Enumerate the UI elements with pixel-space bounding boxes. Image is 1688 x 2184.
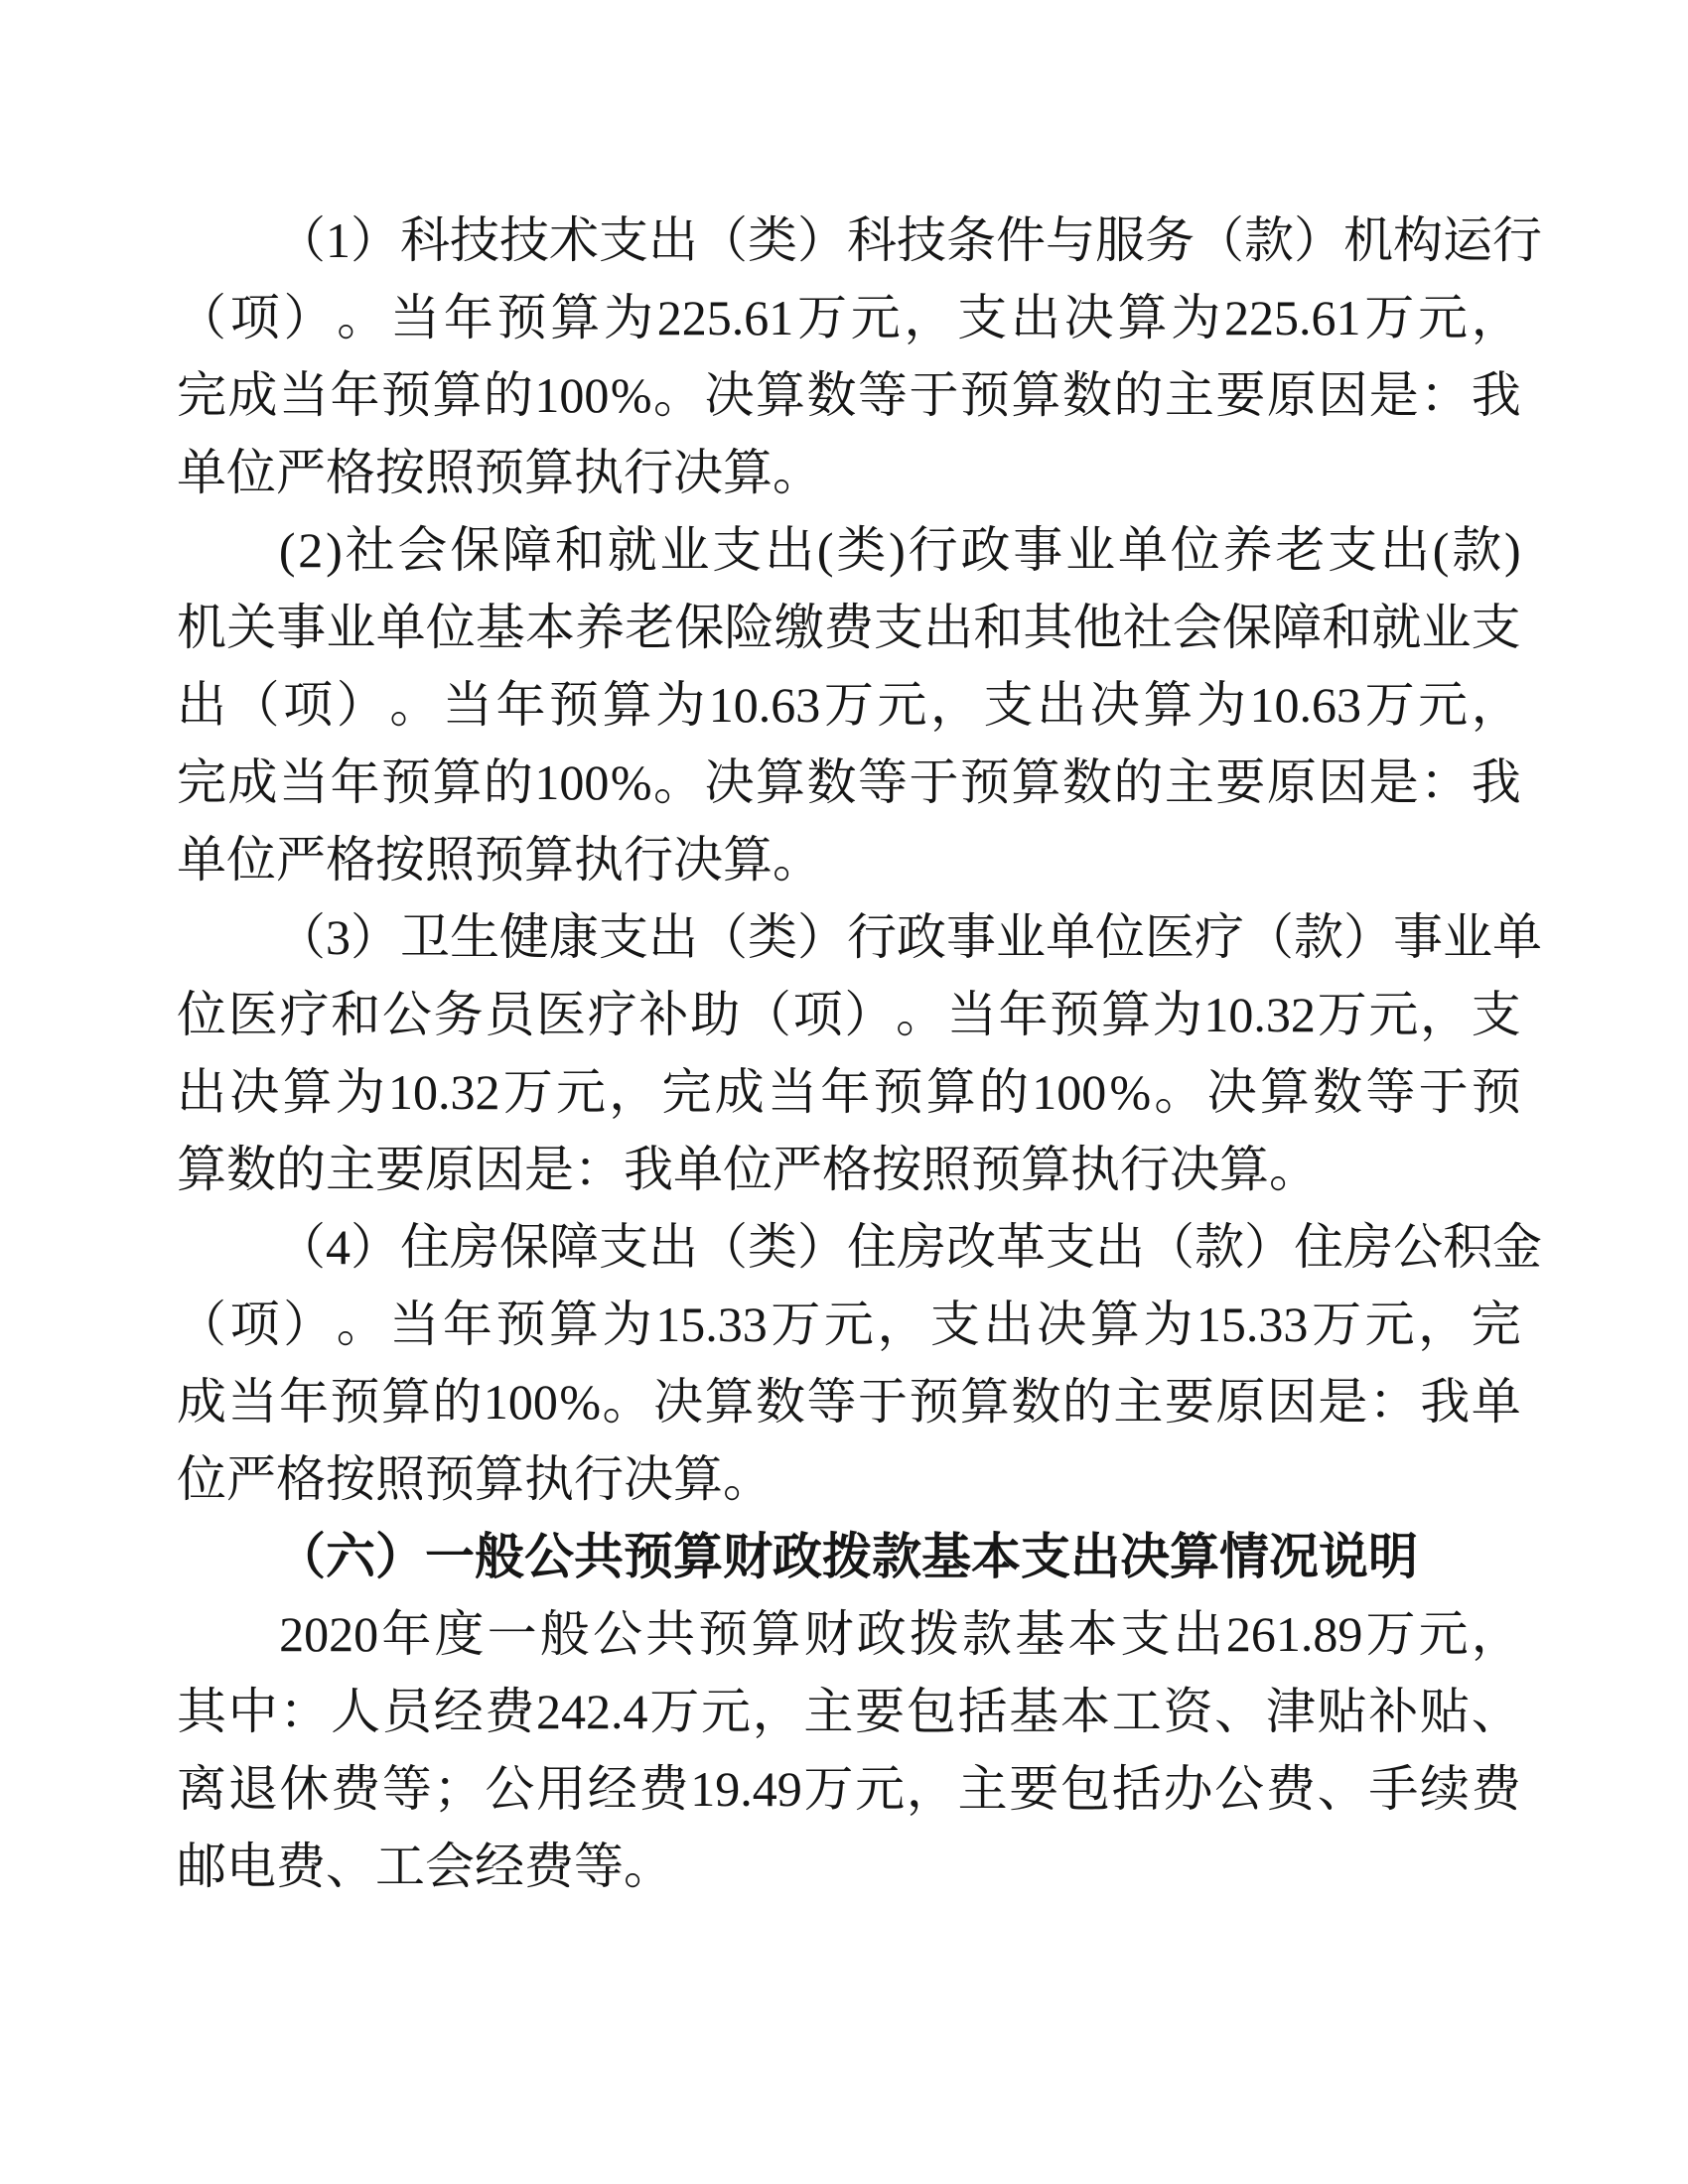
document-body: （1）科技技术支出（类）科技条件与服务（款）机构运行（项）。当年预算为225.6…: [177, 202, 1521, 1905]
text-line: 位严格按照预算执行决算。: [177, 1440, 1521, 1518]
text-line: （项）。当年预算为15.33万元，支出决算为15.33万元，完: [177, 1286, 1521, 1363]
document-page: （1）科技技术支出（类）科技条件与服务（款）机构运行（项）。当年预算为225.6…: [0, 0, 1688, 2184]
text-line: 单位严格按照预算执行决算。: [177, 821, 1521, 898]
section-heading: （六）一般公共预算财政拨款基本支出决算情况说明: [177, 1518, 1521, 1595]
text-line: 出决算为10.32万元，完成当年预算的100%。决算数等于预: [177, 1053, 1521, 1131]
text-line: 完成当年预算的100%。决算数等于预算数的主要原因是：我: [177, 744, 1521, 821]
text-line: 出（项）。当年预算为10.63万元，支出决算为10.63万元，: [177, 666, 1521, 744]
text-line: （3）卫生健康支出（类）行政事业单位医疗（款）事业单: [177, 898, 1521, 976]
text-line: 邮电费、工会经费等。: [177, 1828, 1521, 1905]
text-line: 机关事业单位基本养老保险缴费支出和其他社会保障和就业支: [177, 589, 1521, 666]
text-line: 算数的主要原因是：我单位严格按照预算执行决算。: [177, 1131, 1521, 1208]
text-line: 完成当年预算的100%。决算数等于预算数的主要原因是：我: [177, 356, 1521, 434]
text-line: 离退休费等；公用经费19.49万元，主要包括办公费、手续费: [177, 1750, 1521, 1828]
text-line: 2020年度一般公共预算财政拨款基本支出261.89万元，: [177, 1595, 1521, 1673]
text-line: 其中：人员经费242.4万元，主要包括基本工资、津贴补贴、: [177, 1673, 1521, 1750]
text-line: 单位严格按照预算执行决算。: [177, 434, 1521, 511]
text-line: （1）科技技术支出（类）科技条件与服务（款）机构运行: [177, 202, 1521, 279]
text-line: (2)社会保障和就业支出(类)行政事业单位养老支出(款): [177, 511, 1521, 589]
text-line: （4）住房保障支出（类）住房改革支出（款）住房公积金: [177, 1208, 1521, 1286]
text-line: 位医疗和公务员医疗补助（项）。当年预算为10.32万元，支: [177, 976, 1521, 1053]
text-line: （项）。当年预算为225.61万元，支出决算为225.61万元，: [177, 279, 1521, 356]
text-line: 成当年预算的100%。决算数等于预算数的主要原因是：我单: [177, 1363, 1521, 1440]
